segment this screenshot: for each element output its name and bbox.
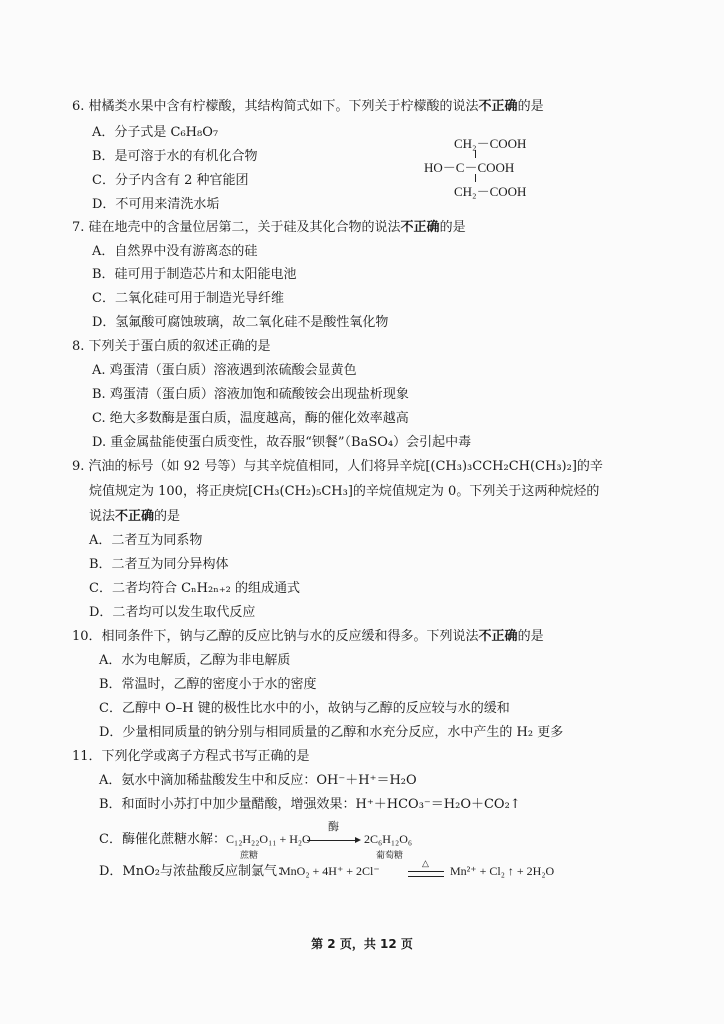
emphasis-text: 不正确: [479, 99, 518, 114]
question-10-option-a: A．水为电解质，乙醇为非电解质: [99, 652, 290, 670]
question-8-option-d: D. 重金属盐能使蛋白质变性，故吞服“钡餐”（BaSO₄）会引起中毒: [92, 434, 471, 452]
question-11-option-a: A．氨水中滴加稀盐酸发生中和反应：OH⁻＋H⁺＝H₂O: [99, 772, 417, 790]
question-10-option-d: D．少量相同质量的钠分别与相同质量的乙醇和水充分反应，水中产生的 H₂ 更多: [99, 724, 563, 742]
catalyst-label: 酶: [328, 818, 339, 834]
question-10-option-c: C．乙醇中 O–H 键的极性比水中的小，故钠与乙醇的反应较与水的缓和: [99, 700, 510, 718]
question-11-option-c-label: C．酶催化蔗糖水解：: [99, 831, 226, 849]
equation-c-right-name: 葡萄糖: [376, 848, 403, 861]
reaction-arrow: [307, 840, 357, 841]
question-9-stem-line1: 9. 汽油的标号（如 92 号等）与其辛烷值相同，人们将异辛烷[(CH₃)₃CC…: [72, 458, 603, 476]
emphasis-text: 不正确: [115, 509, 154, 524]
question-6-option-d: D．不可用来清洗水垢: [92, 196, 219, 214]
structure-top: CH₂－COOH: [454, 133, 526, 152]
structure-bottom: CH₂－COOH: [454, 181, 526, 200]
question-10-option-b: B．常温时，乙醇的密度小于水的密度: [99, 676, 317, 694]
stem-text: 10．相同条件下，钠与乙醇的反应比钠与水的反应缓和得多。下列说法: [72, 629, 479, 644]
question-7-stem: 7. 硅在地壳中的含量位居第二，关于硅及其化合物的说法不正确的是: [72, 219, 466, 237]
equation-d-left: MnO₂ + 4H⁺ + 2Cl⁻: [280, 864, 380, 879]
equation-c-right: 2C₆H₁₂O₆: [364, 832, 412, 847]
structure-middle: HO－C－COOH: [424, 157, 514, 176]
equation-c-left-name: 蔗糖: [240, 848, 258, 861]
emphasis-text: 不正确: [401, 220, 440, 235]
question-11-option-b: B．和面时小苏打中加少量醋酸，增强效果：H⁺＋HCO₃⁻＝H₂O＋CO₂↑: [99, 796, 521, 814]
question-7-option-a: A．自然界中没有游离态的硅: [92, 243, 257, 261]
stem-text: 的是: [440, 220, 466, 235]
citric-acid-structure: CH₂－COOH HO－C－COOH CH₂－COOH: [424, 133, 564, 201]
question-11-option-d-label: D．MnO₂与浓盐酸反应制氯气：: [99, 863, 290, 881]
question-9-stem-line3: 说法不正确的是: [89, 508, 180, 526]
question-6-stem: 6. 柑橘类水果中含有柠檬酸，其结构简式如下。下列关于柠檬酸的说法不正确的是: [72, 98, 544, 116]
question-9-option-c: C．二者均符合 CₙH₂ₙ₊₂ 的组成通式: [89, 580, 300, 598]
question-6-option-c: C．分子内含有 2 种官能团: [92, 172, 248, 190]
question-7-option-c: C．二氧化硅可用于制造光导纤维: [92, 290, 284, 308]
question-7-option-b: B．硅可用于制造芯片和太阳能电池: [92, 266, 297, 284]
stem-text: 的是: [518, 629, 544, 644]
stem-text: 的是: [154, 509, 180, 524]
page-footer: 第 2 页，共 12 页: [0, 935, 724, 952]
question-6-option-a: A．分子式是 C₆H₈O₇: [92, 124, 218, 142]
question-8-option-b: B. 鸡蛋清（蛋白质）溶液加饱和硫酸铵会出现盐析现象: [92, 386, 409, 404]
question-9-stem-line2: 烷值规定为 100，将正庚烷[CH₃(CH₂)₅CH₃]的辛烷值规定为 0。下列…: [89, 483, 599, 501]
question-10-stem: 10．相同条件下，钠与乙醇的反应比钠与水的反应缓和得多。下列说法不正确的是: [72, 628, 544, 646]
question-9-option-a: A．二者互为同系物: [89, 532, 202, 550]
question-9-option-b: B．二者互为同分异构体: [89, 556, 229, 574]
stem-text: 7. 硅在地壳中的含量位居第二，关于硅及其化合物的说法: [72, 220, 401, 235]
question-6-option-b: B．是可溶于水的有机化合物: [92, 148, 258, 166]
emphasis-text: 不正确: [479, 629, 518, 644]
question-8-option-a: A. 鸡蛋清（蛋白质）溶液遇到浓硫酸会显黄色: [92, 362, 357, 380]
heat-condition: △: [422, 858, 429, 869]
arrow-head-icon: [355, 837, 361, 843]
equals-double-line: [408, 871, 444, 877]
question-8-option-c: C. 绝大多数酶是蛋白质，温度越高，酶的催化效率越高: [92, 410, 409, 428]
question-9-option-d: D．二者均可以发生取代反应: [89, 604, 255, 622]
stem-text: 说法: [89, 509, 115, 524]
question-7-option-d: D．氢氟酸可腐蚀玻璃，故二氧化硅不是酸性氧化物: [92, 314, 388, 332]
equation-c-left: C₁₂H₂₂O₁₁ + H₂O: [226, 832, 311, 847]
question-11-stem: 11．下列化学或离子方程式书写正确的是: [72, 748, 310, 766]
stem-text: 6. 柑橘类水果中含有柠檬酸，其结构简式如下。下列关于柠檬酸的说法: [72, 99, 479, 114]
equation-d-right: Mn²⁺ + Cl₂ ↑ + 2H₂O: [450, 864, 554, 879]
stem-text: 的是: [518, 99, 544, 114]
question-8-stem: 8. 下列关于蛋白质的叙述正确的是: [72, 338, 271, 356]
